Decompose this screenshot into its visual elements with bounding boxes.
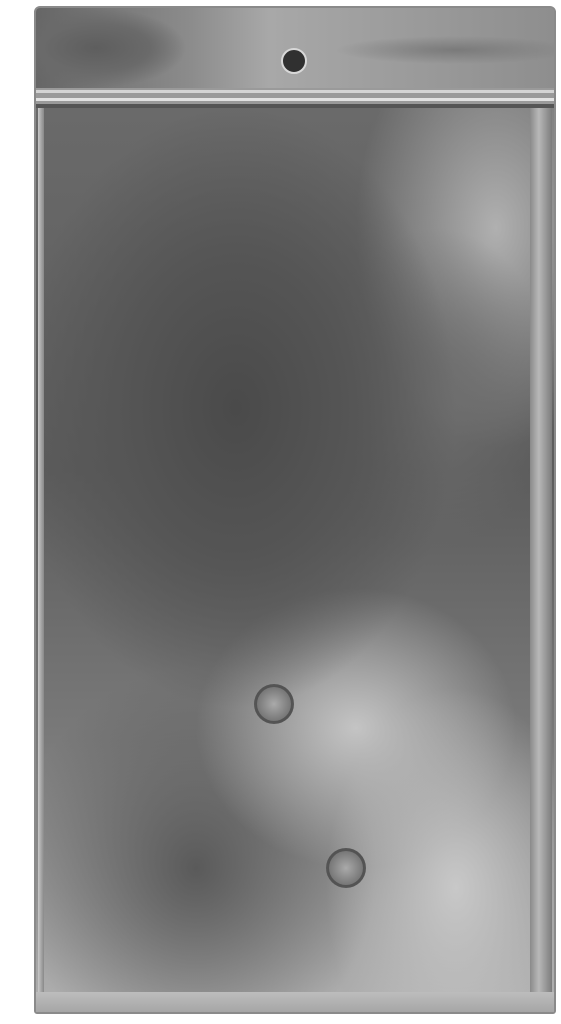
bag-right-edge — [530, 108, 552, 1012]
zip-closure-line — [36, 90, 554, 93]
plastic-zip-bag — [34, 6, 556, 1014]
bag-body — [36, 108, 554, 1012]
bag-bottom-seal — [36, 992, 554, 1012]
surface-bump — [254, 684, 294, 724]
surface-bump — [326, 848, 366, 888]
bag-left-edge — [38, 108, 44, 1012]
zip-closure-line — [36, 98, 554, 101]
bag-header-strip — [36, 8, 554, 88]
hang-hole-icon — [281, 48, 307, 74]
